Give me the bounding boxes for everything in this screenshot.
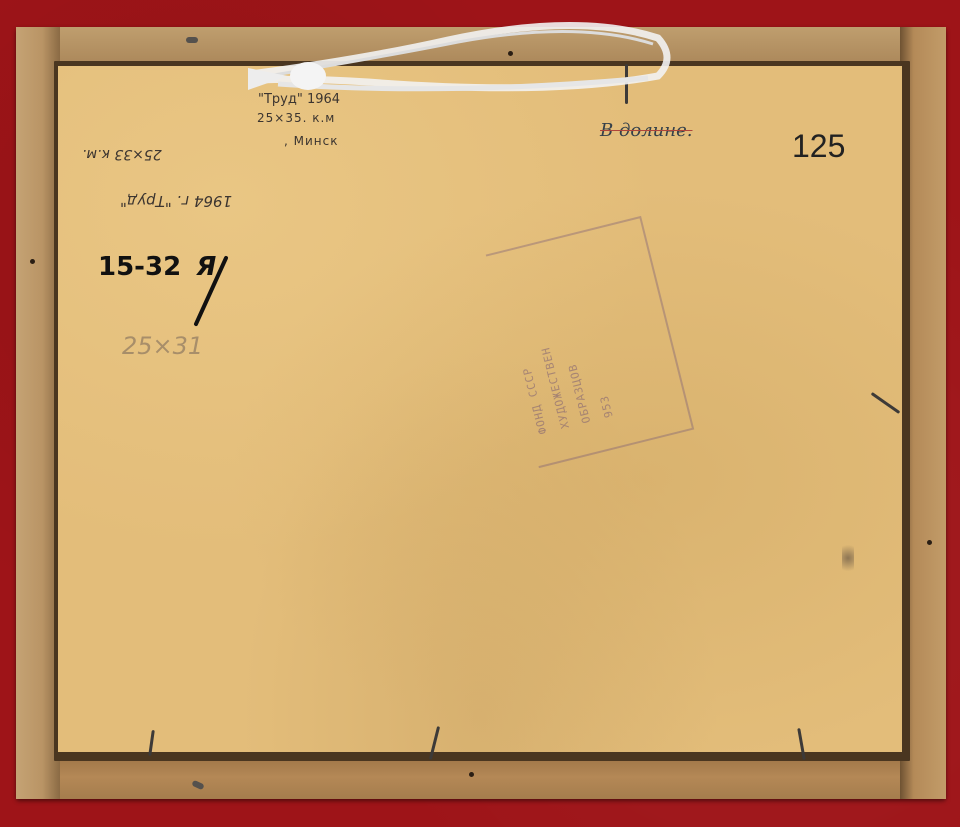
frame-bottom-rail	[16, 755, 946, 799]
nail-hole-icon	[469, 772, 474, 777]
pencil-size-inscription: 25×31	[122, 332, 203, 360]
nail-hole-icon	[927, 540, 932, 545]
upside-down-size-inscription: 25×33 к.м.	[82, 146, 162, 162]
corner-number: 125	[792, 128, 845, 165]
upside-down-title-inscription: 1964 г. "Труд"	[120, 192, 232, 210]
screw-icon	[186, 37, 198, 43]
catalog-number-text: 15-32	[98, 252, 181, 282]
size-inscription: 25×35. к.м	[257, 111, 335, 125]
backing-board	[58, 66, 902, 752]
crossed-out-note: В долине.	[600, 120, 692, 141]
nail-hole-icon	[30, 259, 35, 264]
city-inscription: , Минск	[284, 134, 338, 148]
catalog-slash-icon	[188, 252, 248, 332]
title-inscription: "Труд" 1964	[258, 92, 340, 107]
ink-spot-icon	[842, 540, 854, 576]
